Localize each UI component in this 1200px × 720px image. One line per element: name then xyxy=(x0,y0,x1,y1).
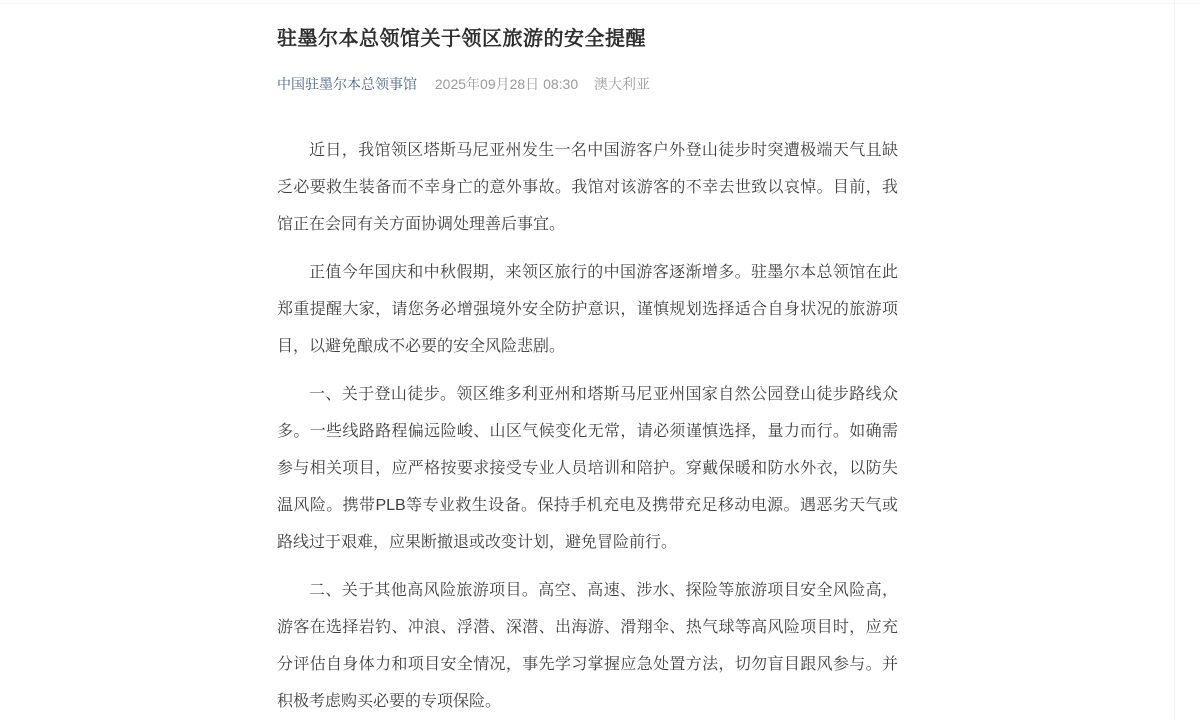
article-source-link[interactable]: 中国驻墨尔本总领事馆 xyxy=(277,76,417,92)
article: 驻墨尔本总领馆关于领区旅游的安全提醒 中国驻墨尔本总领事馆 2025年09月28… xyxy=(277,26,898,720)
page-right-edge xyxy=(1174,0,1175,720)
article-byline: 中国驻墨尔本总领事馆 2025年09月28日 08:30 澳大利亚 xyxy=(277,76,898,93)
page-top-edge xyxy=(0,0,1200,4)
article-datetime: 2025年09月28日 08:30 xyxy=(435,76,578,92)
article-paragraph: 近日，我馆领区塔斯马尼亚州发生一名中国游客户外登山徒步时突遭极端天气且缺乏必要救… xyxy=(277,132,898,243)
article-title: 驻墨尔本总领馆关于领区旅游的安全提醒 xyxy=(277,26,898,52)
article-body: 近日，我馆领区塔斯马尼亚州发生一名中国游客户外登山徒步时突遭极端天气且缺乏必要救… xyxy=(277,132,898,720)
article-paragraph: 一、关于登山徒步。领区维多利亚州和塔斯马尼亚州国家自然公园登山徒步路线众多。一些… xyxy=(277,376,898,561)
article-paragraph: 正值今年国庆和中秋假期，来领区旅行的中国游客逐渐增多。驻墨尔本总领馆在此郑重提醒… xyxy=(277,254,898,365)
article-region: 澳大利亚 xyxy=(594,76,650,92)
article-paragraph: 二、关于其他高风险旅游项目。高空、高速、涉水、探险等旅游项目安全风险高，游客在选… xyxy=(277,572,898,720)
